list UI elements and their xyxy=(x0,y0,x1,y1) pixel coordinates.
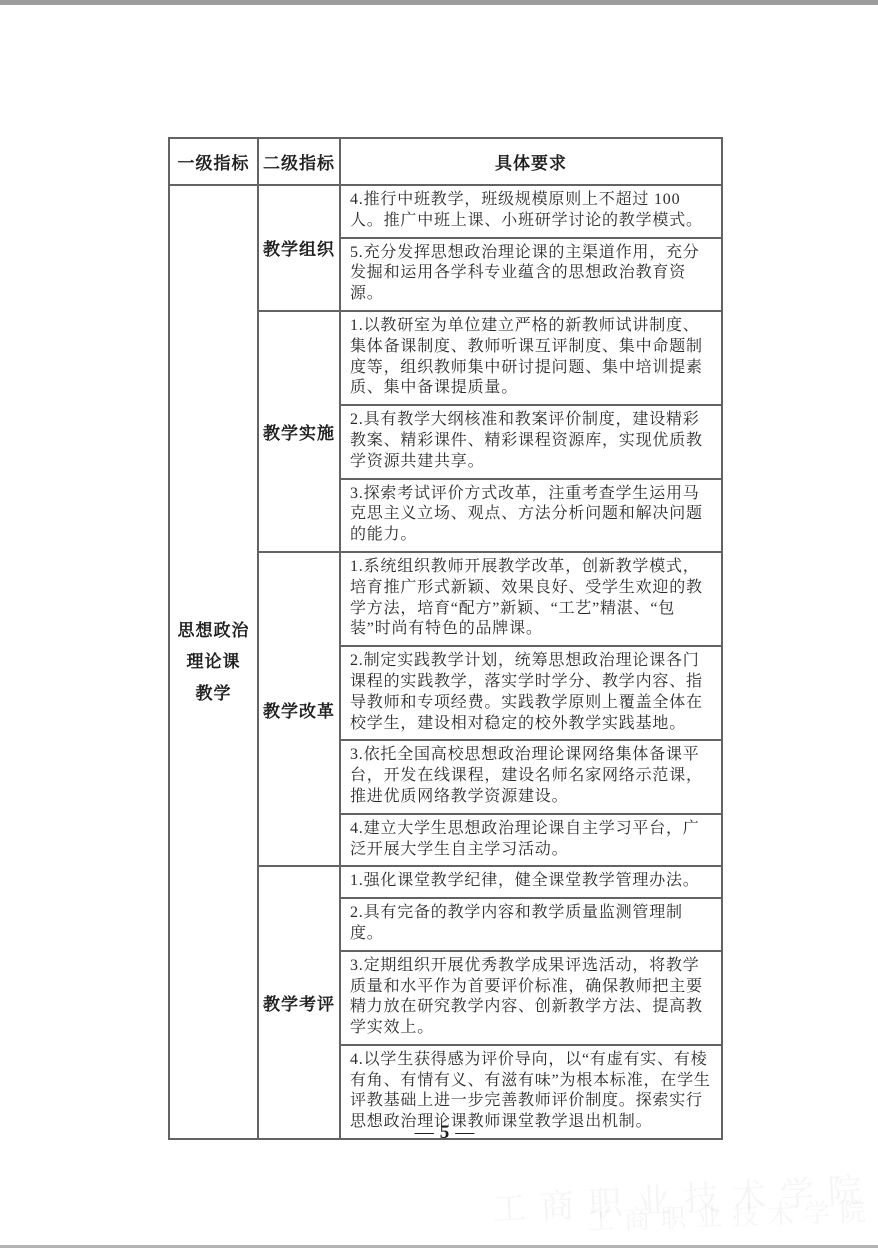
level2-indicator-cell-teaching-organization: 教学组织 xyxy=(258,185,340,311)
requirement-cell: 1.以教研室为单位建立严格的新教师试讲制度、集体备课制度、教师听课互评制度、集中… xyxy=(340,311,722,405)
header-level1-indicator: 一级指标 xyxy=(169,138,258,185)
faint-watermark: 工商职业技术学院 xyxy=(491,1162,877,1231)
table-row: 思想政治 理论课 教学 教学组织 4.推行中班教学，班级规模原则上不超过 100… xyxy=(169,185,722,238)
level2-indicator-cell-teaching-implementation: 教学实施 xyxy=(258,311,340,552)
header-specific-requirements: 具体要求 xyxy=(340,138,722,185)
level1-indicator-line: 教学 xyxy=(171,678,256,709)
level2-indicator-cell-teaching-reform: 教学改革 xyxy=(258,552,340,866)
faint-watermark: 工商职业技术学院 xyxy=(587,1191,876,1238)
page-number-dash: — xyxy=(409,1122,440,1143)
level1-indicator-line: 思想政治 xyxy=(171,615,256,646)
level1-indicator-cell: 思想政治 理论课 教学 xyxy=(169,185,258,1139)
scan-edge-bottom xyxy=(0,1245,878,1248)
level2-indicator-cell-teaching-evaluation: 教学考评 xyxy=(258,866,340,1139)
requirement-cell: 4.建立大学生思想政治理论课自主学习平台，广泛开展大学生自主学习活动。 xyxy=(340,814,722,867)
requirement-cell: 2.制定实践教学计划，统筹思想政治理论课各门课程的实践教学，落实学时学分、教学内… xyxy=(340,646,722,740)
header-level2-indicator: 二级指标 xyxy=(258,138,340,185)
level1-indicator-line: 理论课 xyxy=(171,646,256,677)
table-header-row: 一级指标 二级指标 具体要求 xyxy=(169,138,722,185)
page-number-value: 5 xyxy=(440,1122,450,1143)
indicator-table: 一级指标 二级指标 具体要求 思想政治 理论课 教学 教学组织 4.推行中班教学… xyxy=(168,137,723,1140)
requirement-cell: 4.推行中班教学，班级规模原则上不超过 100 人。推广中班上课、小班研学讨论的… xyxy=(340,185,722,238)
scan-edge-top xyxy=(0,0,878,5)
requirement-cell: 1.系统组织教师开展教学改革，创新教学模式，培育推广形式新颖、效果良好、受学生欢… xyxy=(340,552,722,646)
requirement-cell: 5.充分发挥思想政治理论课的主渠道作用，充分发掘和运用各学科专业蕴含的思想政治教… xyxy=(340,238,722,311)
requirement-cell: 3.探索考试评价方式改革，注重考查学生运用马克思主义立场、观点、方法分析问题和解… xyxy=(340,479,722,552)
requirement-cell: 3.依托全国高校思想政治理论课网络集体备课平台，开发在线课程，建设名师名家网络示… xyxy=(340,740,722,813)
page-number: —5— xyxy=(168,1122,721,1144)
requirement-cell: 2.具有教学大纲核准和教案评价制度，建设精彩教案、精彩课件、精彩课程资源库，实现… xyxy=(340,405,722,478)
requirement-cell: 2.具有完备的教学内容和教学质量监测管理制度。 xyxy=(340,898,722,951)
requirement-cell: 1.强化课堂教学纪律，健全课堂教学管理办法。 xyxy=(340,866,722,898)
page-number-dash: — xyxy=(449,1122,480,1143)
requirement-cell: 3.定期组织开展优秀教学成果评选活动，将教学质量和水平作为首要评价标准，确保教师… xyxy=(340,951,722,1045)
